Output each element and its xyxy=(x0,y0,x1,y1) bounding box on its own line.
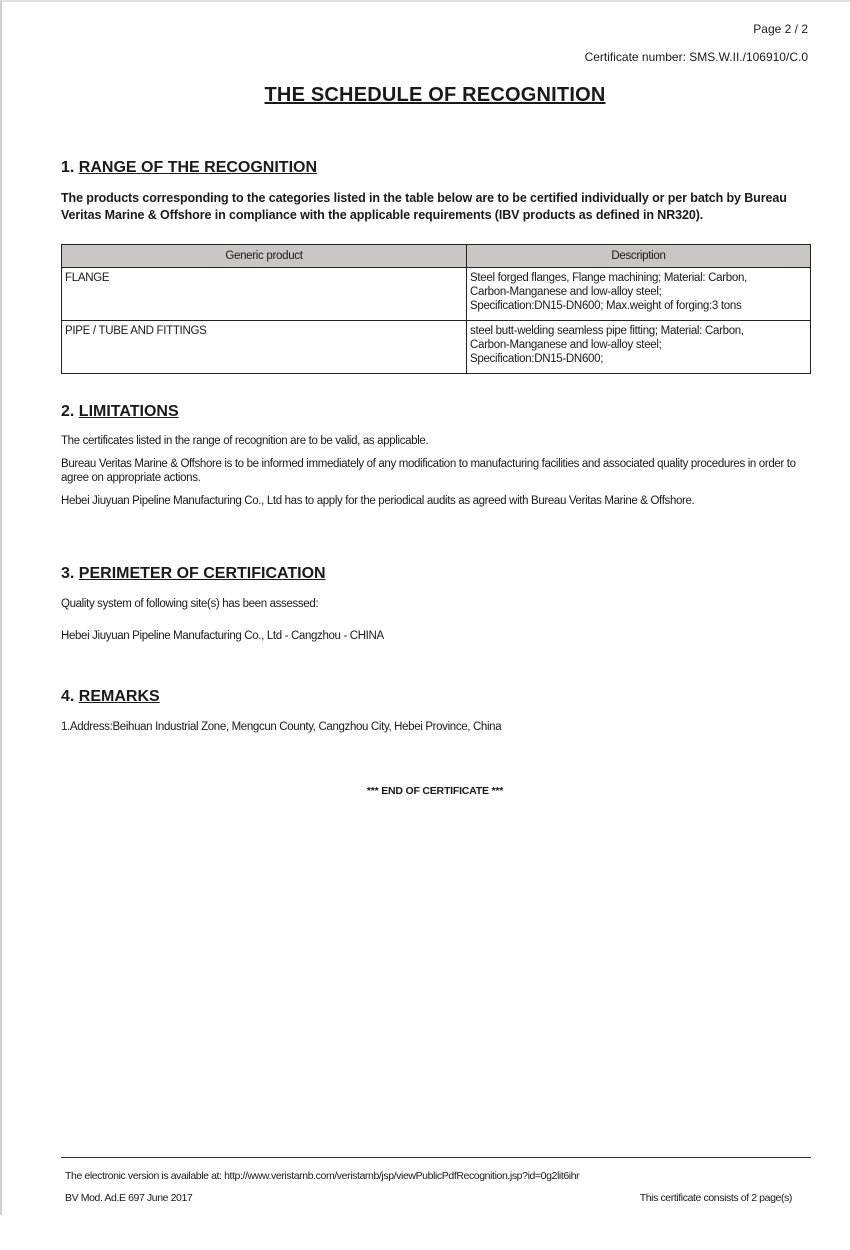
limitations-paragraph: Hebei Jiuyuan Pipeline Manufacturing Co.… xyxy=(61,494,801,508)
table-row: FLANGE Steel forged flanges, Flange mach… xyxy=(62,268,811,321)
section-title: LIMITATIONS xyxy=(79,403,179,420)
footer-divider xyxy=(61,1157,811,1158)
cell-description: steel butt-welding seamless pipe fitting… xyxy=(467,321,811,374)
page-count: This certificate consists of 2 page(s) xyxy=(640,1192,792,1204)
certificate-number: Certificate number: SMS.W.II./106910/C.0 xyxy=(585,50,808,64)
section-title: RANGE OF THE RECOGNITION xyxy=(79,159,317,176)
section-heading-remarks: 4. REMARKS xyxy=(61,688,160,706)
section-heading-limitations: 2. LIMITATIONS xyxy=(61,403,179,421)
description-line: Carbon-Manganese and low-alloy steel; xyxy=(470,338,807,352)
table-header-row: Generic product Description xyxy=(62,245,811,268)
recognition-table: Generic product Description FLANGE Steel… xyxy=(61,244,811,374)
cell-product: PIPE / TUBE AND FITTINGS xyxy=(62,321,467,374)
perimeter-site: Hebei Jiuyuan Pipeline Manufacturing Co.… xyxy=(61,629,801,643)
column-header-description: Description xyxy=(467,245,811,268)
section-number: 1. xyxy=(61,159,74,176)
certificate-page: Page 2 / 2 Certificate number: SMS.W.II.… xyxy=(0,0,850,1215)
section-number: 4. xyxy=(61,688,74,705)
description-line: Carbon-Manganese and low-alloy steel; xyxy=(470,285,807,299)
form-reference: BV Mod. Ad.E 697 June 2017 xyxy=(65,1192,192,1204)
description-line: Steel forged flanges, Flange machining; … xyxy=(470,271,807,285)
cell-description: Steel forged flanges, Flange machining; … xyxy=(467,268,811,321)
description-line: Specification:DN15-DN600; xyxy=(470,352,807,366)
section-number: 3. xyxy=(61,565,74,582)
end-of-certificate: *** END OF CERTIFICATE *** xyxy=(2,785,850,797)
section-number: 2. xyxy=(61,403,74,420)
column-header-generic-product: Generic product xyxy=(62,245,467,268)
electronic-version-link[interactable]: The electronic version is available at: … xyxy=(65,1170,579,1182)
range-intro: The products corresponding to the catego… xyxy=(61,190,813,223)
limitations-paragraph: Bureau Veritas Marine & Offshore is to b… xyxy=(61,457,801,485)
remarks-paragraph: 1.Address:Beihuan Industrial Zone, Mengc… xyxy=(61,720,801,734)
section-title: REMARKS xyxy=(79,688,160,705)
table-row: PIPE / TUBE AND FITTINGS steel butt-weld… xyxy=(62,321,811,374)
section-heading-perimeter: 3. PERIMETER OF CERTIFICATION xyxy=(61,565,326,583)
description-line: steel butt-welding seamless pipe fitting… xyxy=(470,324,807,338)
description-line: Specification:DN15-DN600; Max.weight of … xyxy=(470,299,807,313)
document-title: THE SCHEDULE OF RECOGNITION xyxy=(2,84,850,107)
limitations-paragraph: The certificates listed in the range of … xyxy=(61,434,801,448)
cell-product: FLANGE xyxy=(62,268,467,321)
section-heading-range: 1. RANGE OF THE RECOGNITION xyxy=(61,159,317,177)
perimeter-paragraph: Quality system of following site(s) has … xyxy=(61,597,801,611)
section-title: PERIMETER OF CERTIFICATION xyxy=(79,565,326,582)
page-number: Page 2 / 2 xyxy=(753,22,808,36)
